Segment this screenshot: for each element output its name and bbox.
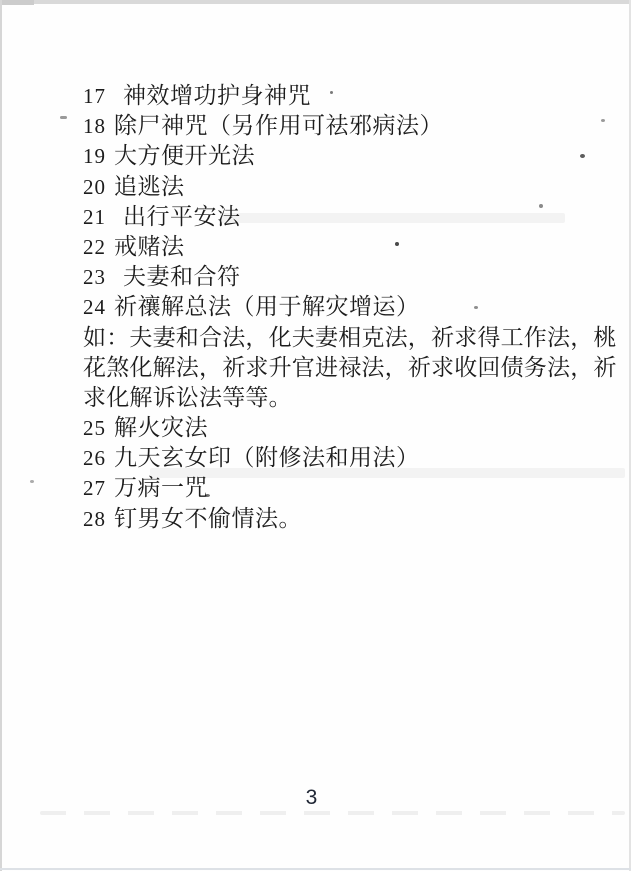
- document-page: 17神效增功护身神咒 18除尸神咒（另作用可祛邪病法） 19大方便开光法 20追…: [0, 0, 631, 871]
- note-line: 花煞化解法，祈求升官进禄法，祈求收回债务法，祈: [83, 353, 623, 383]
- toc-item-number: 20: [83, 172, 106, 202]
- toc-item-number: 26: [83, 443, 106, 473]
- toc-item-title: 出行平安法: [123, 204, 241, 229]
- toc-item-number: 21: [83, 202, 106, 232]
- toc-item-number: 19: [83, 141, 106, 171]
- contents-list: 17神效增功护身神咒 18除尸神咒（另作用可祛邪病法） 19大方便开光法 20追…: [83, 81, 623, 534]
- toc-item-title: 解火灾法: [114, 415, 208, 440]
- toc-item: 22戒赌法: [83, 232, 623, 262]
- toc-item: 21出行平安法: [83, 202, 623, 232]
- toc-item: 18除尸神咒（另作用可祛邪病法）: [83, 111, 623, 141]
- toc-item-title: 追逃法: [114, 174, 185, 199]
- scan-speck: [30, 480, 34, 483]
- toc-item-title: 钉男女不偷情法。: [114, 506, 302, 531]
- toc-item: 28钉男女不偷情法。: [83, 504, 623, 534]
- scan-edge-bottom: [0, 868, 631, 870]
- toc-item-number: 27: [83, 473, 106, 503]
- toc-item-number: 18: [83, 111, 106, 141]
- toc-item: 23夫妻和合符: [83, 262, 623, 292]
- toc-item-number: 28: [83, 504, 106, 534]
- toc-item-title: 祈禳解总法（用于解灾增运）: [114, 294, 420, 319]
- page-number: 3: [0, 786, 623, 810]
- scan-edge-top: [0, 0, 631, 4]
- toc-item-number: 23: [83, 262, 106, 292]
- toc-item-title: 大方便开光法: [114, 143, 255, 168]
- toc-item-title: 神效增功护身神咒: [123, 83, 311, 108]
- toc-item: 17神效增功护身神咒: [83, 81, 623, 111]
- toc-item-title: 九天玄女印（附修法和用法）: [114, 445, 420, 470]
- toc-item: 25解火灾法: [83, 413, 623, 443]
- toc-item-number: 17: [83, 81, 106, 111]
- scan-edge-top-tab: [0, 0, 34, 5]
- toc-item-number: 22: [83, 232, 106, 262]
- toc-item: 20追逃法: [83, 172, 623, 202]
- note-line: 如：夫妻和合法，化夫妻相克法，祈求得工作法，桃: [83, 323, 623, 353]
- scan-streak: [40, 811, 625, 815]
- toc-item: 27万病一咒: [83, 473, 623, 503]
- toc-item: 24祈禳解总法（用于解灾增运）: [83, 292, 623, 322]
- toc-item-title: 戒赌法: [114, 234, 185, 259]
- toc-item-number: 25: [83, 413, 106, 443]
- toc-item-number: 24: [83, 292, 106, 322]
- toc-item: 19大方便开光法: [83, 141, 623, 171]
- toc-item-title: 夫妻和合符: [123, 264, 241, 289]
- scan-speck: [60, 116, 67, 119]
- note-line: 求化解诉讼法等等。: [83, 383, 623, 413]
- toc-item: 26九天玄女印（附修法和用法）: [83, 443, 623, 473]
- scan-edge-left: [0, 0, 2, 871]
- toc-item-title: 万病一咒: [114, 475, 208, 500]
- toc-item-title: 除尸神咒（另作用可祛邪病法）: [114, 113, 443, 138]
